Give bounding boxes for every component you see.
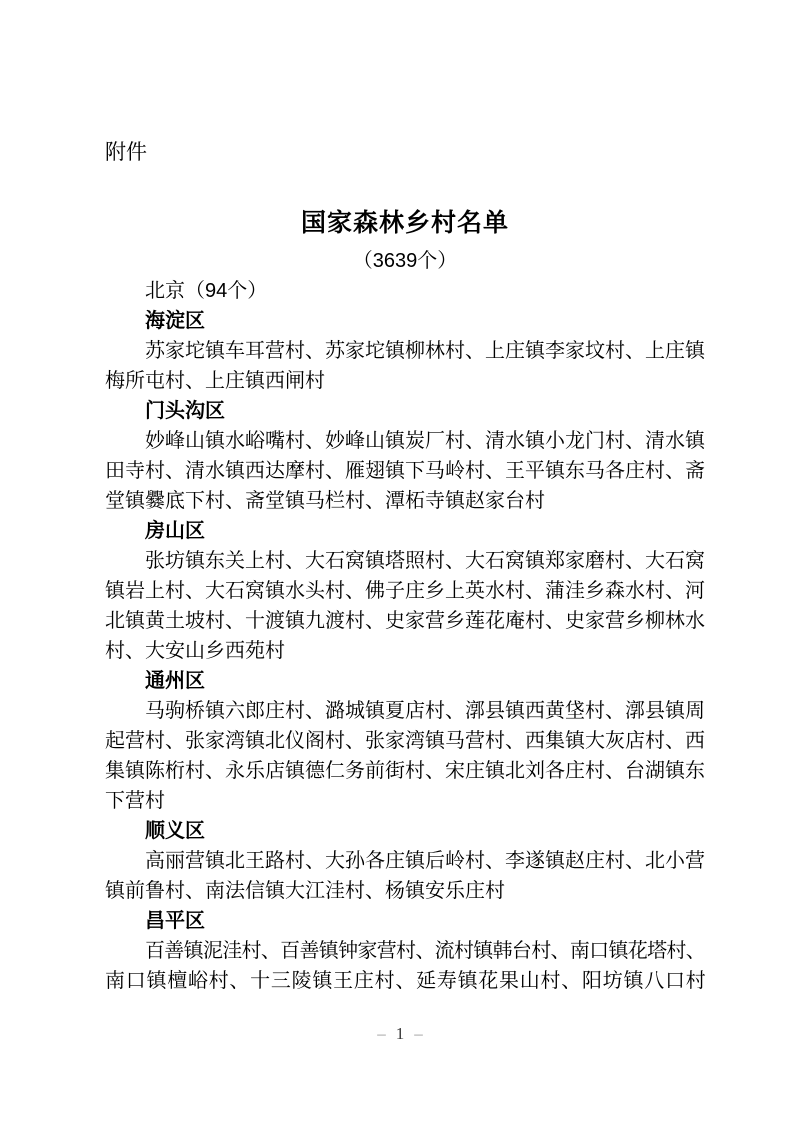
- region-header-beijing: 北京（94个）: [105, 276, 705, 306]
- footer-right-dash: –: [414, 1024, 423, 1043]
- footer-left-dash: –: [377, 1024, 386, 1043]
- district-heading: 昌平区: [105, 906, 705, 936]
- district-section: 昌平区 百善镇泥洼村、百善镇钟家营村、流村镇韩台村、南口镇花塔村、南口镇檀峪村、…: [105, 906, 705, 996]
- document-title: 国家森林乡村名单: [105, 206, 705, 240]
- village-list: 苏家坨镇车耳营村、苏家坨镇柳林村、上庄镇李家坟村、上庄镇梅所屯村、上庄镇西闸村: [105, 336, 705, 396]
- document-subtitle-count: （3639个）: [105, 246, 705, 276]
- district-section: 顺义区 高丽营镇北王路村、大孙各庄镇后岭村、李遂镇赵庄村、北小营镇前鲁村、南法信…: [105, 816, 705, 906]
- district-heading: 房山区: [105, 516, 705, 546]
- district-section: 海淀区 苏家坨镇车耳营村、苏家坨镇柳林村、上庄镇李家坟村、上庄镇梅所屯村、上庄镇…: [105, 306, 705, 396]
- village-list: 张坊镇东关上村、大石窝镇塔照村、大石窝镇郑家磨村、大石窝镇岩上村、大石窝镇水头村…: [105, 546, 705, 666]
- village-list: 高丽营镇北王路村、大孙各庄镇后岭村、李遂镇赵庄村、北小营镇前鲁村、南法信镇大江洼…: [105, 846, 705, 906]
- village-list: 妙峰山镇水峪嘴村、妙峰山镇炭厂村、清水镇小龙门村、清水镇田寺村、清水镇西达摩村、…: [105, 426, 705, 516]
- district-heading: 门头沟区: [105, 396, 705, 426]
- district-heading: 海淀区: [105, 306, 705, 336]
- document-page: 附件 国家森林乡村名单 （3639个） 北京（94个） 海淀区 苏家坨镇车耳营村…: [0, 0, 800, 1132]
- district-heading: 通州区: [105, 666, 705, 696]
- document-content: 附件 国家森林乡村名单 （3639个） 北京（94个） 海淀区 苏家坨镇车耳营村…: [105, 0, 705, 996]
- district-section: 门头沟区 妙峰山镇水峪嘴村、妙峰山镇炭厂村、清水镇小龙门村、清水镇田寺村、清水镇…: [105, 396, 705, 516]
- village-list: 百善镇泥洼村、百善镇钟家营村、流村镇韩台村、南口镇花塔村、南口镇檀峪村、十三陵镇…: [105, 936, 705, 996]
- attachment-label: 附件: [105, 138, 705, 168]
- village-list: 马驹桥镇六郎庄村、潞城镇夏店村、漷县镇西黄垡村、漷县镇周起营村、张家湾镇北仪阁村…: [105, 696, 705, 816]
- district-section: 通州区 马驹桥镇六郎庄村、潞城镇夏店村、漷县镇西黄垡村、漷县镇周起营村、张家湾镇…: [105, 666, 705, 816]
- page-number: 1: [396, 1024, 405, 1043]
- district-heading: 顺义区: [105, 816, 705, 846]
- page-footer: –1–: [0, 1022, 800, 1046]
- district-section: 房山区 张坊镇东关上村、大石窝镇塔照村、大石窝镇郑家磨村、大石窝镇岩上村、大石窝…: [105, 516, 705, 666]
